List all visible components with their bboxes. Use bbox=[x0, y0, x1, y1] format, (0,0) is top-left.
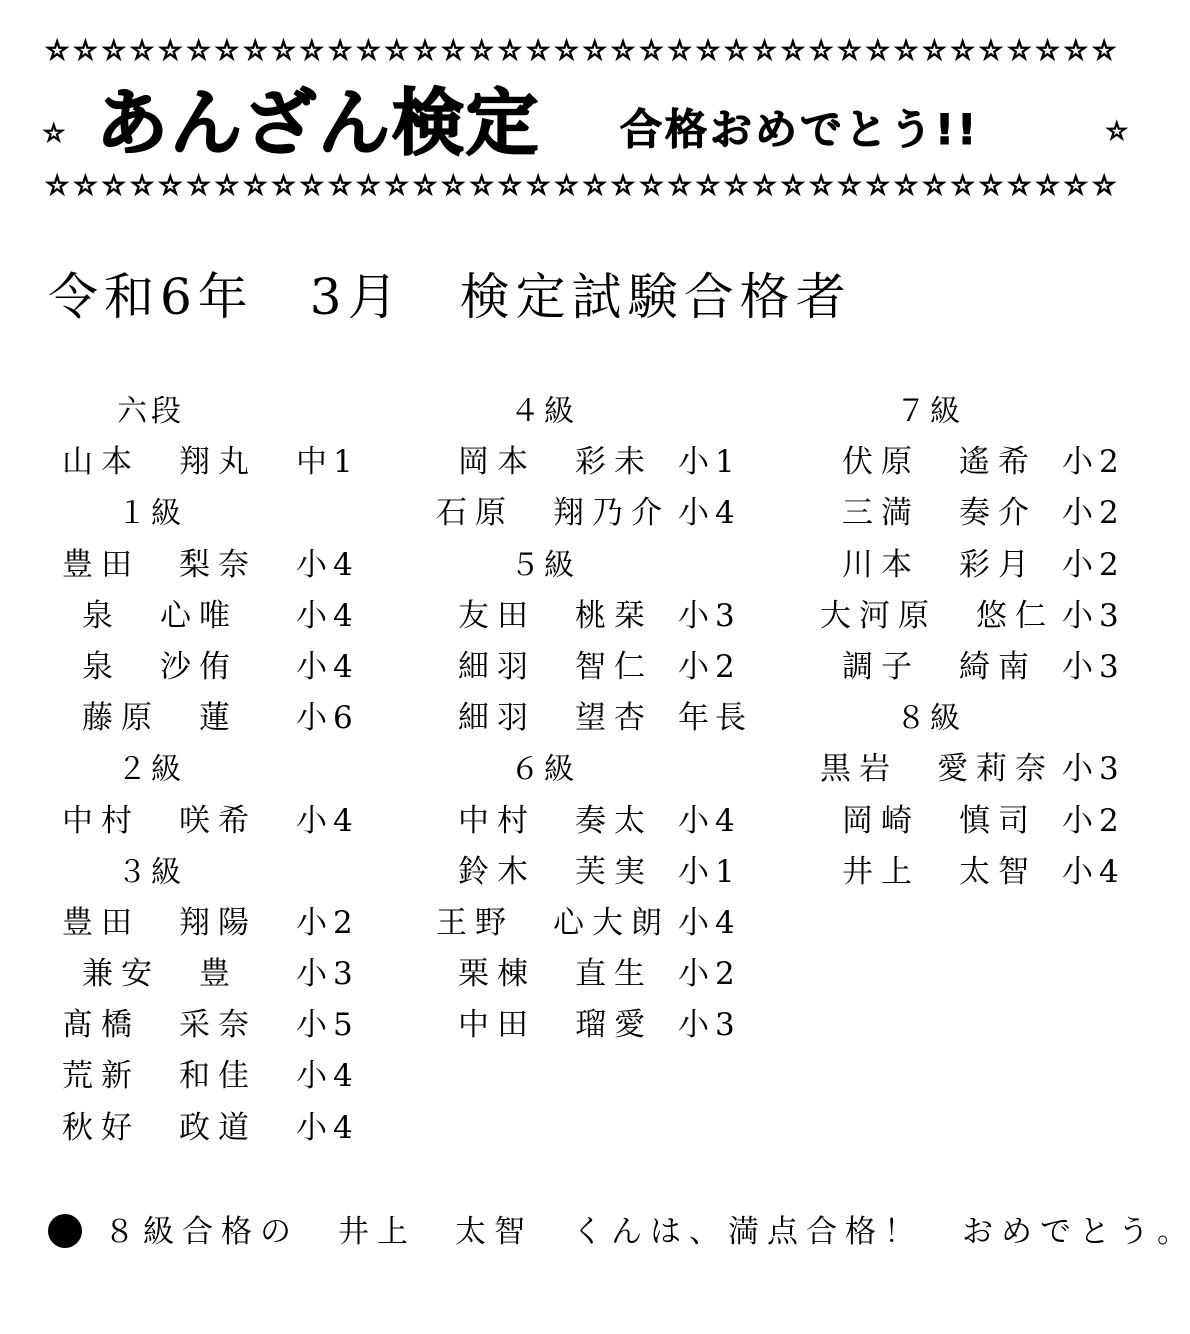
star-icon: ☆ bbox=[694, 171, 722, 201]
student-row: 井上 太智小4 bbox=[820, 847, 1130, 898]
student-name: 藤原 蓮 bbox=[82, 693, 238, 744]
grade-label: 六段 bbox=[117, 386, 185, 437]
star-icon: ☆ bbox=[552, 171, 580, 201]
student-name: 黒岩 愛莉奈 bbox=[820, 744, 1054, 795]
star-icon: ☆ bbox=[892, 36, 920, 66]
student-row: 大河原 悠仁小3 bbox=[820, 591, 1130, 642]
star-icon: ☆ bbox=[609, 171, 637, 201]
star-icon: ☆ bbox=[609, 36, 637, 66]
star-icon: ☆ bbox=[71, 171, 99, 201]
star-icon: ☆ bbox=[269, 36, 297, 66]
student-name: 伏原 遙希 bbox=[842, 437, 1037, 488]
school-year: 小3 bbox=[678, 1000, 741, 1051]
student-name: 細羽 智仁 bbox=[458, 642, 653, 693]
star-icon: ☆ bbox=[439, 171, 467, 201]
school-year: 小4 bbox=[296, 1103, 359, 1154]
student-name: 兼安 豊 bbox=[82, 949, 238, 1000]
student-row: 泉 心唯小4 bbox=[62, 591, 362, 642]
student-name: 井上 太智 bbox=[842, 847, 1037, 898]
school-year: 小4 bbox=[1062, 847, 1125, 898]
school-year: 小4 bbox=[678, 898, 741, 949]
star-row-top: ☆☆☆☆☆☆☆☆☆☆☆☆☆☆☆☆☆☆☆☆☆☆☆☆☆☆☆☆☆☆☆☆☆☆☆☆☆☆ bbox=[43, 36, 1123, 66]
student-name: 調子 綺南 bbox=[842, 642, 1037, 693]
student-name: 栗棟 直生 bbox=[458, 949, 653, 1000]
grade-label: ７級 bbox=[896, 386, 964, 437]
star-icon: ☆ bbox=[128, 36, 156, 66]
star-icon: ☆ bbox=[637, 36, 665, 66]
student-row: 細羽 智仁小2 bbox=[436, 642, 746, 693]
star-icon: ☆ bbox=[241, 36, 269, 66]
star-icon: ☆ bbox=[1033, 171, 1061, 201]
grade-label: ２級 bbox=[117, 744, 185, 795]
student-name: 泉 沙侑 bbox=[82, 642, 238, 693]
star-icon: ☆ bbox=[722, 36, 750, 66]
grade-heading: ４級 bbox=[436, 386, 746, 437]
star-icon: ☆ bbox=[411, 36, 439, 66]
school-year: 小3 bbox=[678, 591, 741, 642]
star-icon: ☆ bbox=[807, 36, 835, 66]
star-icon: ☆ bbox=[920, 36, 948, 66]
star-icon: ☆ bbox=[1005, 171, 1033, 201]
student-row: 荒新 和佳小4 bbox=[62, 1051, 362, 1102]
grade-label: ８級 bbox=[896, 693, 964, 744]
school-year: 小2 bbox=[678, 642, 741, 693]
grade-heading: 六段 bbox=[62, 386, 362, 437]
student-name: 石原 翔乃介 bbox=[436, 488, 670, 539]
star-icon: ☆ bbox=[949, 36, 977, 66]
school-year: 小2 bbox=[1062, 540, 1125, 591]
star-icon: ☆ bbox=[383, 36, 411, 66]
star-icon: ☆ bbox=[128, 171, 156, 201]
student-row: 秋好 政道小4 bbox=[62, 1103, 362, 1154]
star-icon: ☆ bbox=[779, 171, 807, 201]
star-icon: ☆ bbox=[750, 36, 778, 66]
school-year: 小3 bbox=[1062, 744, 1125, 795]
student-name: 三満 奏介 bbox=[842, 488, 1037, 539]
star-icon: ☆ bbox=[354, 171, 382, 201]
student-name: 山本 翔丸 bbox=[62, 437, 257, 488]
star-icon: ☆ bbox=[864, 171, 892, 201]
school-year: 中1 bbox=[296, 437, 359, 488]
star-icon: ☆ bbox=[864, 36, 892, 66]
star-icon: ☆ bbox=[666, 171, 694, 201]
star-icon: ☆ bbox=[779, 36, 807, 66]
footer-note: ８級合格の 井上 太智 くんは、満点合格！ おめでとう。 bbox=[48, 1204, 1190, 1260]
student-row: 川本 彩月小2 bbox=[820, 540, 1130, 591]
student-row: 兼安 豊小3 bbox=[62, 949, 362, 1000]
star-icon: ☆ bbox=[807, 171, 835, 201]
student-row: 髙橋 采奈小5 bbox=[62, 1000, 362, 1051]
star-icon: ☆ bbox=[1033, 36, 1061, 66]
school-year: 小4 bbox=[296, 642, 359, 693]
star-icon: ☆ bbox=[835, 171, 863, 201]
grade-label: １級 bbox=[117, 488, 185, 539]
star-icon: ☆ bbox=[552, 36, 580, 66]
star-icon: ☆ bbox=[71, 36, 99, 66]
student-row: 三満 奏介小2 bbox=[820, 488, 1130, 539]
banner-title: あんざん検定 bbox=[96, 78, 540, 168]
student-name: 岡崎 慎司 bbox=[842, 796, 1037, 847]
student-name: 大河原 悠仁 bbox=[820, 591, 1054, 642]
grade-heading: ５級 bbox=[436, 540, 746, 591]
school-year: 小4 bbox=[296, 591, 359, 642]
results-column-2: ４級岡本 彩未小1石原 翔乃介小4５級友田 桃栞小3細羽 智仁小2細羽 望杏年長… bbox=[436, 386, 746, 1051]
star-icon-right: ☆ bbox=[1106, 116, 1128, 146]
school-year: 小4 bbox=[296, 796, 359, 847]
student-row: 黒岩 愛莉奈小3 bbox=[820, 744, 1130, 795]
star-icon: ☆ bbox=[920, 171, 948, 201]
grade-heading: ３級 bbox=[62, 847, 362, 898]
student-name: 細羽 望杏 bbox=[458, 693, 653, 744]
star-icon: ☆ bbox=[298, 171, 326, 201]
page-heading: 令和6年 3月 検定試験合格者 bbox=[48, 262, 852, 332]
star-icon: ☆ bbox=[156, 36, 184, 66]
star-icon-left: ☆ bbox=[43, 118, 65, 148]
grade-heading: ７級 bbox=[820, 386, 1130, 437]
student-name: 豊田 梨奈 bbox=[62, 540, 257, 591]
school-year: 小3 bbox=[1062, 591, 1125, 642]
star-icon: ☆ bbox=[1090, 171, 1118, 201]
school-year: 小5 bbox=[296, 1000, 359, 1051]
star-icon: ☆ bbox=[100, 171, 128, 201]
school-year: 小6 bbox=[296, 693, 359, 744]
star-icon: ☆ bbox=[184, 171, 212, 201]
student-row: 泉 沙侑小4 bbox=[62, 642, 362, 693]
star-icon: ☆ bbox=[835, 36, 863, 66]
grade-heading: ２級 bbox=[62, 744, 362, 795]
star-icon: ☆ bbox=[1062, 171, 1090, 201]
school-year: 小4 bbox=[678, 488, 741, 539]
student-name: 中村 咲希 bbox=[62, 796, 257, 847]
student-row: 鈴木 芙実小1 bbox=[436, 847, 746, 898]
star-row-bottom: ☆☆☆☆☆☆☆☆☆☆☆☆☆☆☆☆☆☆☆☆☆☆☆☆☆☆☆☆☆☆☆☆☆☆☆☆☆☆ bbox=[43, 171, 1123, 201]
grade-heading: １級 bbox=[62, 488, 362, 539]
student-name: 中村 奏太 bbox=[458, 796, 653, 847]
grade-label: ３級 bbox=[117, 847, 185, 898]
star-icon: ☆ bbox=[524, 171, 552, 201]
star-icon: ☆ bbox=[184, 36, 212, 66]
star-icon: ☆ bbox=[750, 171, 778, 201]
results-column-1: 六段山本 翔丸中1１級豊田 梨奈小4泉 心唯小4泉 沙侑小4藤原 蓮小6２級中村… bbox=[62, 386, 362, 1154]
star-icon: ☆ bbox=[326, 171, 354, 201]
school-year: 年長 bbox=[678, 693, 752, 744]
school-year: 小4 bbox=[678, 796, 741, 847]
star-icon: ☆ bbox=[666, 36, 694, 66]
star-icon: ☆ bbox=[977, 36, 1005, 66]
footer-note-text: ８級合格の 井上 太智 くんは、満点合格！ おめでとう。 bbox=[104, 1214, 1190, 1250]
school-year: 小2 bbox=[678, 949, 741, 1000]
star-icon: ☆ bbox=[326, 36, 354, 66]
student-row: 岡本 彩未小1 bbox=[436, 437, 746, 488]
grade-label: ６級 bbox=[510, 744, 578, 795]
student-row: 豊田 梨奈小4 bbox=[62, 540, 362, 591]
school-year: 小4 bbox=[296, 540, 359, 591]
star-icon: ☆ bbox=[411, 171, 439, 201]
star-icon: ☆ bbox=[722, 171, 750, 201]
grade-label: ４級 bbox=[510, 386, 578, 437]
star-icon: ☆ bbox=[156, 171, 184, 201]
student-name: 川本 彩月 bbox=[842, 540, 1037, 591]
student-row: 調子 綺南小3 bbox=[820, 642, 1130, 693]
bullet-icon bbox=[48, 1214, 82, 1248]
results-column-3: ７級伏原 遙希小2三満 奏介小2川本 彩月小2大河原 悠仁小3調子 綺南小3８級… bbox=[820, 386, 1130, 898]
student-row: 伏原 遙希小2 bbox=[820, 437, 1130, 488]
star-icon: ☆ bbox=[298, 36, 326, 66]
student-name: 中田 瑠愛 bbox=[458, 1000, 653, 1051]
student-row: 石原 翔乃介小4 bbox=[436, 488, 746, 539]
student-name: 泉 心唯 bbox=[82, 591, 238, 642]
student-name: 友田 桃栞 bbox=[458, 591, 653, 642]
star-icon: ☆ bbox=[213, 171, 241, 201]
student-row: 豊田 翔陽小2 bbox=[62, 898, 362, 949]
grade-label: ５級 bbox=[510, 540, 578, 591]
grade-heading: ８級 bbox=[820, 693, 1130, 744]
student-row: 細羽 望杏年長 bbox=[436, 693, 746, 744]
school-year: 小3 bbox=[296, 949, 359, 1000]
star-icon: ☆ bbox=[354, 36, 382, 66]
star-icon: ☆ bbox=[269, 171, 297, 201]
student-row: 藤原 蓮小6 bbox=[62, 693, 362, 744]
star-icon: ☆ bbox=[1062, 36, 1090, 66]
student-row: 岡崎 慎司小2 bbox=[820, 796, 1130, 847]
star-icon: ☆ bbox=[43, 36, 71, 66]
student-row: 王野 心大朗小4 bbox=[436, 898, 746, 949]
star-icon: ☆ bbox=[496, 171, 524, 201]
grade-heading: ６級 bbox=[436, 744, 746, 795]
star-icon: ☆ bbox=[977, 171, 1005, 201]
student-name: 秋好 政道 bbox=[62, 1103, 257, 1154]
student-row: 山本 翔丸中1 bbox=[62, 437, 362, 488]
school-year: 小1 bbox=[678, 847, 741, 898]
star-icon: ☆ bbox=[694, 36, 722, 66]
star-icon: ☆ bbox=[467, 171, 495, 201]
student-name: 荒新 和佳 bbox=[62, 1051, 257, 1102]
star-icon: ☆ bbox=[581, 171, 609, 201]
star-icon: ☆ bbox=[467, 36, 495, 66]
school-year: 小2 bbox=[296, 898, 359, 949]
school-year: 小2 bbox=[1062, 437, 1125, 488]
student-name: 王野 心大朗 bbox=[436, 898, 670, 949]
school-year: 小3 bbox=[1062, 642, 1125, 693]
star-icon: ☆ bbox=[637, 171, 665, 201]
star-icon: ☆ bbox=[439, 36, 467, 66]
student-row: 中村 咲希小4 bbox=[62, 796, 362, 847]
star-icon: ☆ bbox=[524, 36, 552, 66]
student-row: 中田 瑠愛小3 bbox=[436, 1000, 746, 1051]
student-name: 岡本 彩未 bbox=[458, 437, 653, 488]
star-icon: ☆ bbox=[581, 36, 609, 66]
school-year: 小1 bbox=[678, 437, 741, 488]
star-icon: ☆ bbox=[43, 171, 71, 201]
student-row: 中村 奏太小4 bbox=[436, 796, 746, 847]
school-year: 小4 bbox=[296, 1051, 359, 1102]
star-icon: ☆ bbox=[383, 171, 411, 201]
banner-subtitle: 合格おめでとう!! bbox=[620, 100, 979, 160]
student-row: 友田 桃栞小3 bbox=[436, 591, 746, 642]
star-icon: ☆ bbox=[241, 171, 269, 201]
star-icon: ☆ bbox=[1005, 36, 1033, 66]
star-icon: ☆ bbox=[892, 171, 920, 201]
student-name: 鈴木 芙実 bbox=[458, 847, 653, 898]
star-icon: ☆ bbox=[496, 36, 524, 66]
student-name: 髙橋 采奈 bbox=[62, 1000, 257, 1051]
star-icon: ☆ bbox=[100, 36, 128, 66]
star-icon: ☆ bbox=[1090, 36, 1118, 66]
star-icon: ☆ bbox=[949, 171, 977, 201]
star-icon: ☆ bbox=[213, 36, 241, 66]
student-name: 豊田 翔陽 bbox=[62, 898, 257, 949]
student-row: 栗棟 直生小2 bbox=[436, 949, 746, 1000]
school-year: 小2 bbox=[1062, 488, 1125, 539]
school-year: 小2 bbox=[1062, 796, 1125, 847]
